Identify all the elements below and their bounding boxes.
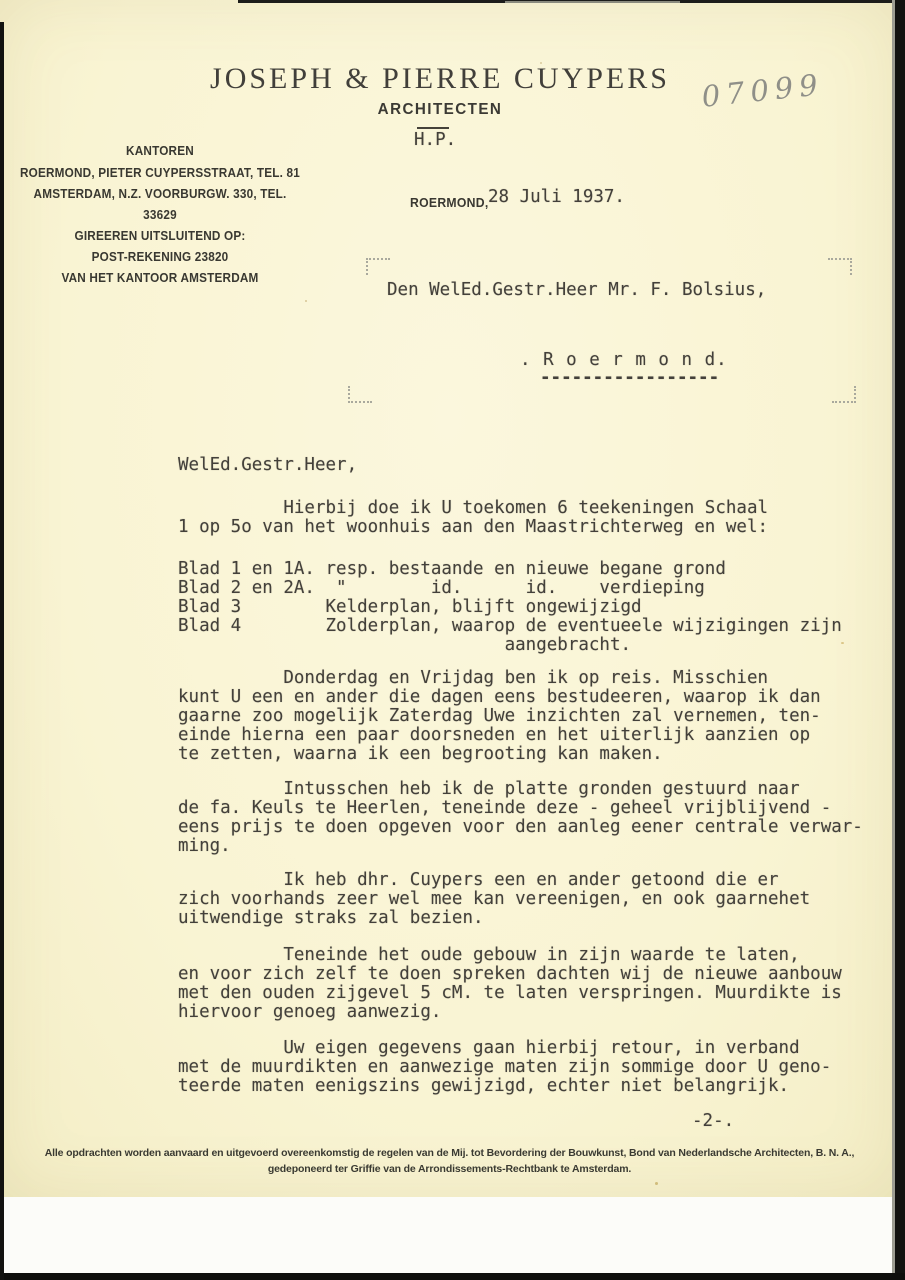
letterhead-title: JOSEPH & PIERRE CUYPERS <box>130 62 750 96</box>
hp-overline <box>417 127 449 129</box>
address-window-corner-top-right <box>828 258 852 275</box>
footer-legal-line2: gedeponeerd ter Griffie van de Arrondiss… <box>22 1161 877 1177</box>
letterhead-subtitle: ARCHITECTEN <box>146 101 735 119</box>
office-line-kantoor: VAN HET KANTOOR AMSTERDAM <box>19 268 301 289</box>
recipient-city-underline: ----------------- <box>540 369 719 388</box>
office-line-amsterdam: AMSTERDAM, N.Z. VOORBURGW. 330, TEL. 336… <box>19 184 301 226</box>
scan-edge-top-highlight <box>505 1 680 3</box>
scan-edge-right <box>895 0 905 1273</box>
paragraph-cuypers: Ik heb dhr. Cuypers een en ander getoond… <box>178 871 810 928</box>
footer-legal-line1: Alle opdrachten worden aanvaard en uitge… <box>22 1145 877 1161</box>
paragraph-heating: Intusschen heb ik de platte gronden gest… <box>178 780 863 856</box>
footer-legal: Alle opdrachten worden aanvaard en uitge… <box>22 1145 877 1177</box>
address-window-corner-bottom-left <box>348 386 372 403</box>
offices-block: KANTOREN ROERMOND, PIETER CUYPERSSTRAAT,… <box>19 141 301 289</box>
scanned-letter: JOSEPH & PIERRE CUYPERS ARCHITECTEN H.P.… <box>0 0 905 1280</box>
offices-heading: KANTOREN <box>19 141 301 162</box>
address-window-corner-bottom-right <box>832 386 856 403</box>
reference-initials: H.P. <box>414 131 456 150</box>
office-line-giro: GIREEREN UITSLUITEND OP: <box>19 226 301 247</box>
page-number: -2-. <box>692 1112 734 1131</box>
address-window-corner-top-left <box>366 258 390 275</box>
paper-speck <box>655 1182 658 1185</box>
salutation: WelEd.Gestr.Heer, <box>178 456 357 475</box>
scan-backing-sheet <box>0 1197 897 1273</box>
paragraph-building: Teneinde het oude gebouw in zijn waarde … <box>178 946 842 1022</box>
recipient-line: Den WelEd.Gestr.Heer Mr. F. Bolsius, <box>387 281 766 300</box>
paragraph-travel: Donderdag en Vrijdag ben ik op reis. Mis… <box>178 669 821 764</box>
scan-edge-left <box>0 22 4 1280</box>
office-line-postrekening: POST-REKENING 23820 <box>19 247 301 268</box>
office-line-roermond: ROERMOND, PIETER CUYPERSSTRAAT, TEL. 81 <box>19 163 301 184</box>
dateline-place: ROERMOND, <box>410 195 489 210</box>
dateline-date: 28 Juli 1937. <box>488 188 625 207</box>
paragraph-intro: Hierbij doe ik U toekomen 6 teekeningen … <box>178 499 768 537</box>
paragraph-return-data: Uw eigen gegevens gaan hierbij retour, i… <box>178 1039 831 1096</box>
drawing-list: Blad 1 en 1A. resp. bestaande en nieuwe … <box>178 560 842 655</box>
paper-speck <box>305 300 307 302</box>
